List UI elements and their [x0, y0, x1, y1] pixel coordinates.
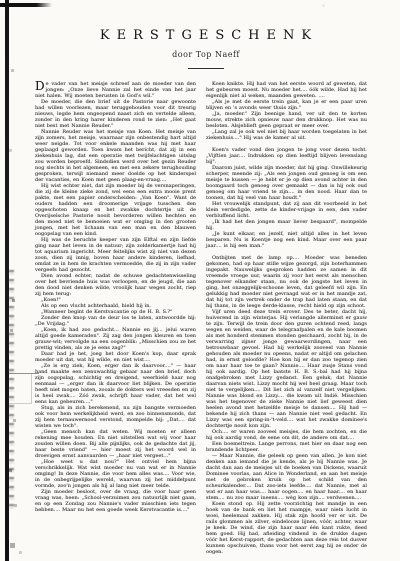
- scanned-book-page: KERSTGESCHENK door Top Naeff De vader va…: [0, 0, 400, 561]
- paragraph: Koen stond op. Hij zette voorzichtig het…: [206, 501, 367, 555]
- paragraph: Och.... er waren zooveel meisjes, die he…: [206, 429, 367, 441]
- paragraph: „Lang zal je ook wel niet bij haar worde…: [206, 129, 367, 141]
- paragraph: Koen knikte. Hij had van het eerste woor…: [206, 81, 367, 99]
- page-header: KERSTGESCHENK door Top Naeff: [40, 28, 372, 69]
- right-column: Koen knikte. Hij had van het eerste woor…: [206, 81, 367, 555]
- drop-cap: D: [35, 81, 46, 91]
- paragraph: Vijf uren deed deze trein erover. Des te…: [206, 309, 367, 429]
- paragraph: Dien avond echter, nadat de schuwe gedac…: [35, 273, 196, 297]
- title-rule: [188, 68, 224, 69]
- paragraph: Een boemeltrein. Lange perrons, met hier…: [206, 441, 367, 453]
- paragraph: — Maar Nannie, die geleek op geen van al…: [206, 453, 367, 501]
- paragraph: „Geen mensch kan dat weten. Wij moeten e…: [35, 429, 196, 459]
- scan-speckles: [0, 0, 1, 1]
- scan-corner-line: [0, 3, 52, 7]
- paragraph: Zonder den knop van de deur los te laten…: [35, 315, 196, 327]
- paragraph: „Ik had het den jongen maar liever bespa…: [206, 219, 367, 231]
- paragraph: „Ze is erg ziek, Koen, erger dan ik daar…: [35, 363, 196, 405]
- margin-box-mark: [9, 373, 32, 404]
- paragraph: „Hoe weet u dat nou?" Het ontviel hem bi…: [35, 459, 196, 489]
- paragraph: Ontbijten met de lamp op.... Moeder was …: [206, 255, 367, 309]
- page-title: KERSTGESCHENK: [46, 28, 372, 43]
- paragraph: „Je kunt elkaar, en jezelf, niet altijd …: [206, 231, 367, 249]
- article-body: De vader van het meisje schreef aan de m…: [35, 81, 367, 555]
- left-column: De vader van het meisje schreef aan de m…: [35, 81, 196, 555]
- paragraph: Hij was de beruchte keeper van zijn Elft…: [35, 237, 196, 273]
- paragraph: Daarom juist, wilde zijn moeder, dat hij…: [206, 165, 367, 201]
- paragraph: Het vrouwelijk standpunt, dat zij aan di…: [206, 201, 367, 219]
- paragraph: Koen's vader vond den jongen te jong voo…: [206, 147, 367, 165]
- paragraph: Daar had je het, joeg het door Koen's ko…: [35, 351, 196, 363]
- paragraph: Nannie Reuder was het meisje van Koen. H…: [35, 129, 196, 183]
- paragraph: Stug, als in zich berekenend, nu zijn ba…: [35, 405, 196, 429]
- paragraph: „Ja, moeder." Zijn beenige hand, ver uit…: [206, 111, 367, 129]
- paragraph: Zijn moeder besloot, over de vraag, die …: [35, 489, 196, 513]
- byline: door Top Naeff: [40, 50, 372, 59]
- paragraph: „Koen, ik had zoo gedacht... Nannie en j…: [35, 327, 196, 351]
- paragraph: Hij wist echter niet, dat zijn moeder bi…: [35, 183, 196, 237]
- paragraph: De vader van het meisje schreef aan de m…: [35, 81, 196, 99]
- paragraph: „Als je met de eerste trein gaat, kan je…: [206, 99, 367, 111]
- paragraph: De moeder, die den brief uit de Pastorie…: [35, 99, 196, 129]
